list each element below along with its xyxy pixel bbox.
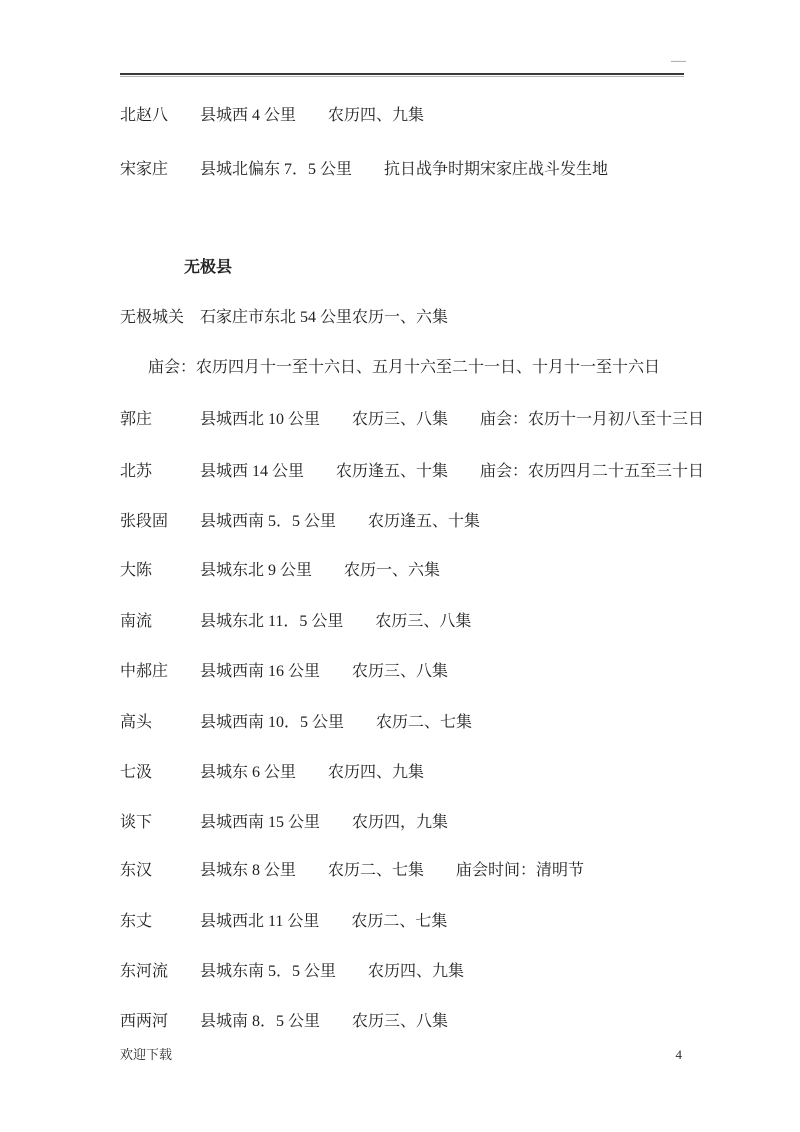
village-name: 张段固: [120, 511, 200, 532]
row-note: 庙会：农历十一月初八至十三日: [480, 411, 704, 428]
row-note: 庙会时间：清明节: [456, 862, 584, 879]
table-row: 大陈县城东北 9 公里农历一、六集: [120, 560, 440, 581]
table-row: 谈下县城西南 15 公里农历四，九集: [120, 812, 448, 833]
village-name: 郭庄: [120, 409, 200, 430]
village-location: 县城西南 15 公里: [200, 814, 320, 831]
village-name: 高头: [120, 712, 200, 733]
village-location: 县城南 8．5 公里: [200, 1013, 320, 1030]
village-location: 县城北偏东 7．5 公里: [200, 161, 352, 178]
village-name: 宋家庄: [120, 159, 200, 180]
market-schedule: 农历四、九集: [328, 764, 424, 781]
village-name: 七汲: [120, 762, 200, 783]
village-location: 县城西 14 公里: [200, 463, 304, 480]
village-location: 县城西南 5．5 公里: [200, 513, 336, 530]
table-row: 郭庄县城西北 10 公里农历三、八集庙会：农历十一月初八至十三日: [120, 409, 704, 430]
document-page: — 北赵八县城西 4 公里农历四、九集 宋家庄县城北偏东 7．5 公里抗日战争时…: [0, 0, 800, 1132]
temple-fair-note: 庙会：农历四月十一至十六日、五月十六至二十一日、十月十一至十六日: [148, 357, 660, 378]
village-name: 谈下: [120, 812, 200, 833]
village-name: 中郝庄: [120, 661, 200, 682]
village-location: 县城西北 10 公里: [200, 411, 320, 428]
village-name: 东河流: [120, 961, 200, 982]
header-dash-mark: —: [670, 54, 686, 69]
village-name: 北苏: [120, 461, 200, 482]
village-location: 县城西南 16 公里: [200, 663, 320, 680]
table-row: 东河流县城东南 5．5 公里农历四、九集: [120, 961, 464, 982]
table-row: 无极城关石家庄市东北 54 公里农历一、六集: [120, 307, 448, 328]
market-schedule: 农历二、七集: [328, 862, 424, 879]
table-row: 中郝庄县城西南 16 公里农历三、八集: [120, 661, 448, 682]
village-name: 东丈: [120, 911, 200, 932]
market-schedule: 农历四，九集: [352, 814, 448, 831]
market-schedule: 农历四、九集: [368, 963, 464, 980]
village-location: 县城东南 5．5 公里: [200, 963, 336, 980]
table-row: 南流县城东北 11．5 公里农历三、八集: [120, 611, 471, 632]
market-schedule: 农历二、七集: [351, 913, 447, 930]
village-location: 县城西 4 公里: [200, 107, 296, 124]
village-location: 石家庄市东北 54 公里农历一、六集: [200, 309, 448, 326]
village-name: 北赵八: [120, 105, 200, 126]
village-location: 县城东 8 公里: [200, 862, 296, 879]
village-name: 西两河: [120, 1011, 200, 1032]
market-schedule: 农历逢五、十集: [336, 463, 448, 480]
row-note: 庙会：农历四月二十五至三十日: [480, 463, 704, 480]
section-heading: 无极县: [184, 257, 232, 278]
village-location: 县城东 6 公里: [200, 764, 296, 781]
table-row: 西两河县城南 8．5 公里农历三、八集: [120, 1011, 448, 1032]
footer-text: 欢迎下载: [120, 1046, 172, 1063]
market-schedule: 农历四、九集: [328, 107, 424, 124]
village-name: 无极城关: [120, 307, 200, 328]
table-row: 东丈县城西北 11 公里农历二、七集: [120, 911, 447, 932]
table-row: 东汉县城东 8 公里农历二、七集庙会时间：清明节: [120, 860, 584, 881]
village-location: 县城西南 10．5 公里: [200, 714, 344, 731]
header-rule: [120, 73, 684, 75]
table-row: 张段固县城西南 5．5 公里农历逢五、十集: [120, 511, 480, 532]
village-name: 南流: [120, 611, 200, 632]
village-name: 东汉: [120, 860, 200, 881]
market-schedule: 农历二、七集: [376, 714, 472, 731]
market-schedule: 农历三、八集: [352, 411, 448, 428]
header-rule-shadow: [120, 76, 684, 77]
market-schedule: 农历三、八集: [352, 1013, 448, 1030]
village-location: 县城东北 9 公里: [200, 562, 312, 579]
table-row: 北赵八县城西 4 公里农历四、九集: [120, 105, 424, 126]
market-schedule: 农历三、八集: [375, 613, 471, 630]
table-row: 七汲县城东 6 公里农历四、九集: [120, 762, 424, 783]
village-name: 大陈: [120, 560, 200, 581]
village-location: 县城西北 11 公里: [200, 913, 319, 930]
table-row: 高头县城西南 10．5 公里农历二、七集: [120, 712, 472, 733]
market-schedule: 农历一、六集: [344, 562, 440, 579]
table-row: 宋家庄县城北偏东 7．5 公里抗日战争时期宋家庄战斗发生地: [120, 159, 608, 180]
village-location: 县城东北 11．5 公里: [200, 613, 343, 630]
table-row: 北苏县城西 14 公里农历逢五、十集庙会：农历四月二十五至三十日: [120, 461, 704, 482]
row-note: 抗日战争时期宋家庄战斗发生地: [384, 161, 608, 178]
market-schedule: 农历逢五、十集: [368, 513, 480, 530]
page-number: 4: [650, 1046, 682, 1063]
market-schedule: 农历三、八集: [352, 663, 448, 680]
